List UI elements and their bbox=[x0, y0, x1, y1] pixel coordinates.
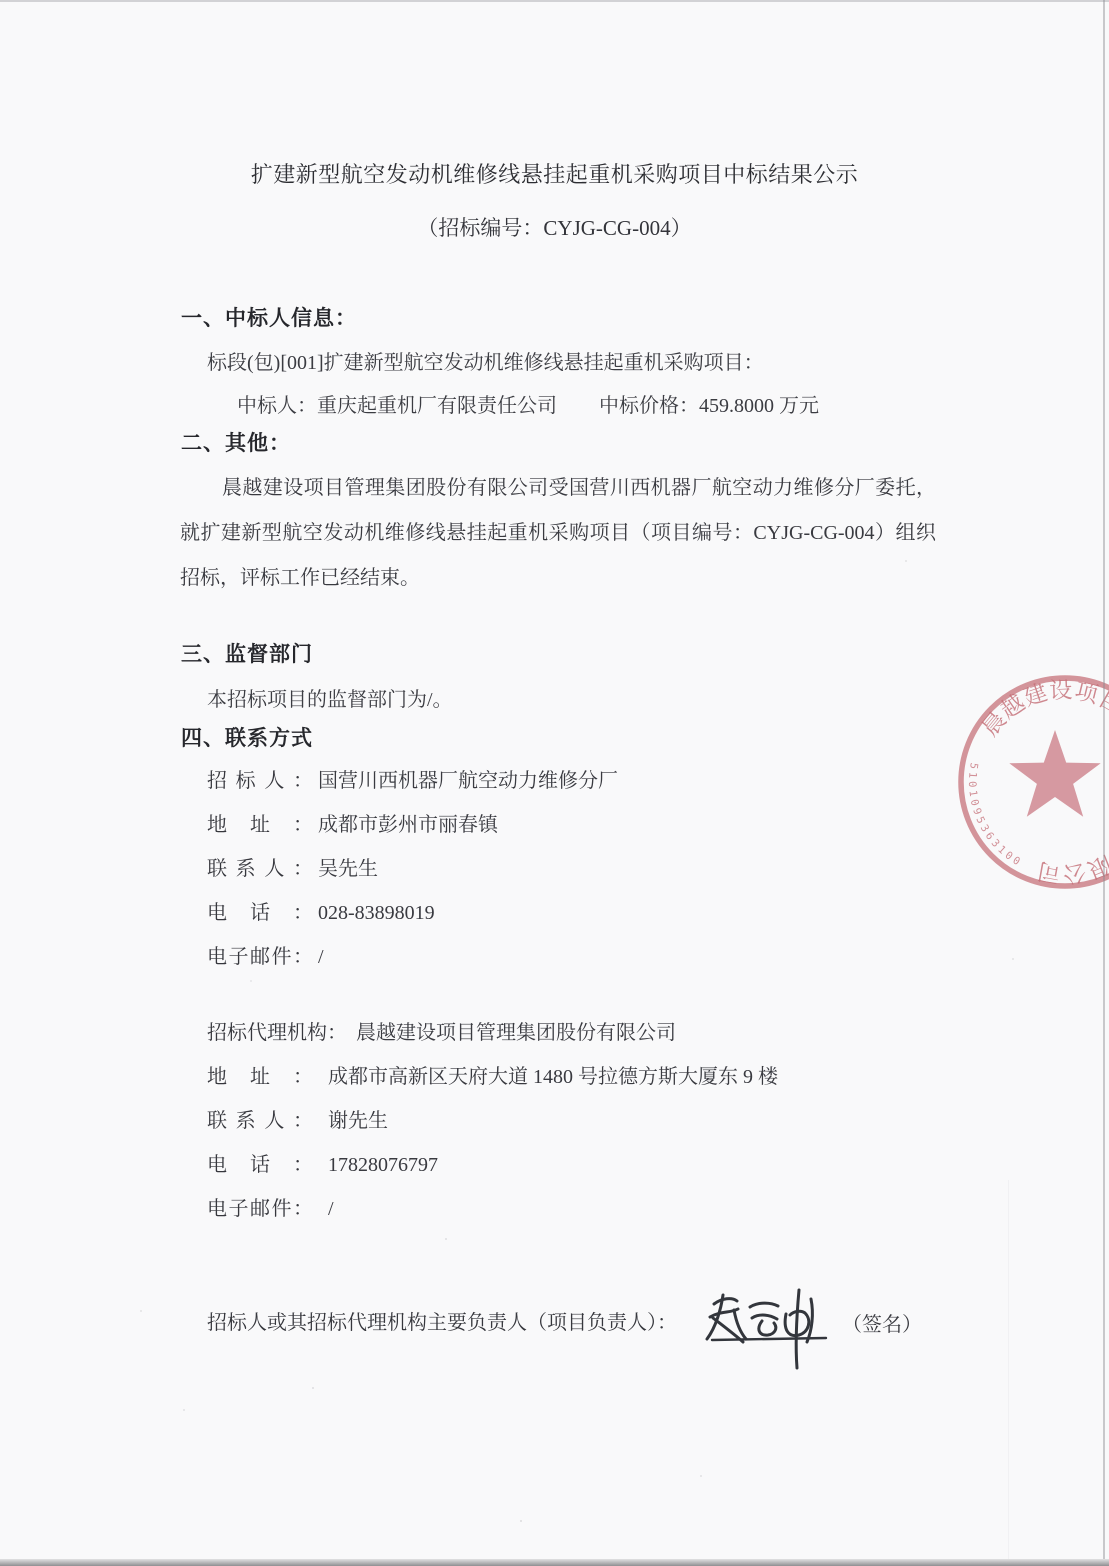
contact-row-tenderer: 招标人：国营川西机器厂航空动力维修分厂 bbox=[207, 766, 618, 796]
row-label: 电子邮件： bbox=[207, 1194, 313, 1224]
section-3-body: 本招标项目的监督部门为/。 bbox=[207, 685, 453, 715]
row-label: 招标代理机构： bbox=[207, 1018, 347, 1048]
contact-row-phone: 电话：028-83898019 bbox=[207, 898, 435, 928]
tender-number-subtitle: （招标编号：CYJG-CG-004） bbox=[0, 212, 1109, 244]
contact-row-phone: 电话：17828076797 bbox=[207, 1150, 438, 1180]
row-label: 电话： bbox=[207, 898, 313, 928]
lot-line: 标段(包)[001]扩建新型航空发动机维修线悬挂起重机采购项目： bbox=[207, 348, 764, 378]
contact-row-email: 电子邮件：/ bbox=[207, 1194, 334, 1224]
winner-line: 中标人：重庆起重机厂有限责任公司 中标价格：459.8000 万元 bbox=[237, 391, 1097, 421]
row-label: 联系人： bbox=[207, 1106, 313, 1136]
row-label: 电子邮件： bbox=[207, 942, 313, 972]
row-value: 吴先生 bbox=[313, 858, 378, 880]
scanner-streak bbox=[1008, 1180, 1009, 1566]
row-value: 成都市高新区天府大道 1480 号拉德方斯大厦东 9 楼 bbox=[313, 1066, 778, 1088]
contact-row-address: 地址：成都市彭州市丽春镇 bbox=[207, 810, 498, 840]
section-1-heading: 一、中标人信息： bbox=[181, 304, 357, 334]
price-label: 中标价格： bbox=[599, 395, 699, 417]
row-value: 028-83898019 bbox=[313, 902, 435, 924]
row-value: / bbox=[313, 946, 324, 968]
row-value: 晨越建设项目管理集团股份有限公司 bbox=[347, 1022, 676, 1044]
handwritten-signature bbox=[698, 1284, 858, 1389]
contact-row-agency: 招标代理机构：晨越建设项目管理集团股份有限公司 bbox=[207, 1018, 676, 1048]
signature-line-label: 招标人或其招标代理机构主要负责人（项目负责人）： bbox=[207, 1308, 677, 1339]
stamp-star-icon bbox=[1009, 730, 1100, 817]
price-value: 459.8000 万元 bbox=[699, 395, 819, 417]
row-value: 17828076797 bbox=[313, 1154, 438, 1176]
tenderer-contact-block: 招标人：国营川西机器厂航空动力维修分厂 地址：成都市彭州市丽春镇 联系人：吴先生… bbox=[207, 766, 907, 966]
row-label: 地址： bbox=[207, 810, 313, 840]
row-label: 地址： bbox=[207, 1062, 313, 1092]
row-label: 电话： bbox=[207, 1150, 313, 1180]
agency-contact-block: 招标代理机构：晨越建设项目管理集团股份有限公司 地址：成都市高新区天府大道 14… bbox=[207, 1018, 967, 1218]
seal-serial-number: 5101095363100 bbox=[966, 762, 1025, 870]
document-title: 扩建新型航空发动机维修线悬挂起重机采购项目中标结果公示 bbox=[0, 158, 1109, 192]
scan-edge-right bbox=[1103, 0, 1105, 1566]
section-3-heading: 三、监督部门 bbox=[181, 640, 313, 670]
contact-row-email: 电子邮件：/ bbox=[207, 942, 324, 972]
company-seal-stamp: 晨越建设项目管理集团股份有限公司 5101095363100 bbox=[935, 652, 1109, 912]
section-2-paragraph: 晨越建设项目管理集团股份有限公司受国营川西机器厂航空动力维修分厂委托，就扩建新型… bbox=[180, 466, 936, 601]
row-label: 联系人： bbox=[207, 854, 313, 884]
winner-value: 重庆起重机厂有限责任公司 bbox=[317, 395, 557, 417]
row-value: 成都市彭州市丽春镇 bbox=[313, 814, 498, 836]
scan-edge-top bbox=[0, 0, 1109, 2]
contact-row-person: 联系人：谢先生 bbox=[207, 1106, 388, 1136]
winner-label: 中标人： bbox=[237, 395, 317, 417]
row-value: 国营川西机器厂航空动力维修分厂 bbox=[313, 770, 618, 792]
row-value: 谢先生 bbox=[313, 1110, 388, 1132]
row-label: 招标人： bbox=[207, 766, 313, 796]
contact-row-person: 联系人：吴先生 bbox=[207, 854, 378, 884]
section-4-heading: 四、联系方式 bbox=[181, 724, 313, 754]
scan-edge-bottom bbox=[0, 1559, 1109, 1566]
section-2-heading: 二、其他： bbox=[181, 429, 291, 459]
price-line: 中标价格：459.8000 万元 bbox=[599, 391, 819, 421]
row-value: / bbox=[313, 1198, 334, 1220]
scanned-document-page: 扩建新型航空发动机维修线悬挂起重机采购项目中标结果公示 （招标编号：CYJG-C… bbox=[0, 0, 1109, 1566]
contact-row-address: 地址：成都市高新区天府大道 1480 号拉德方斯大厦东 9 楼 bbox=[207, 1062, 778, 1092]
